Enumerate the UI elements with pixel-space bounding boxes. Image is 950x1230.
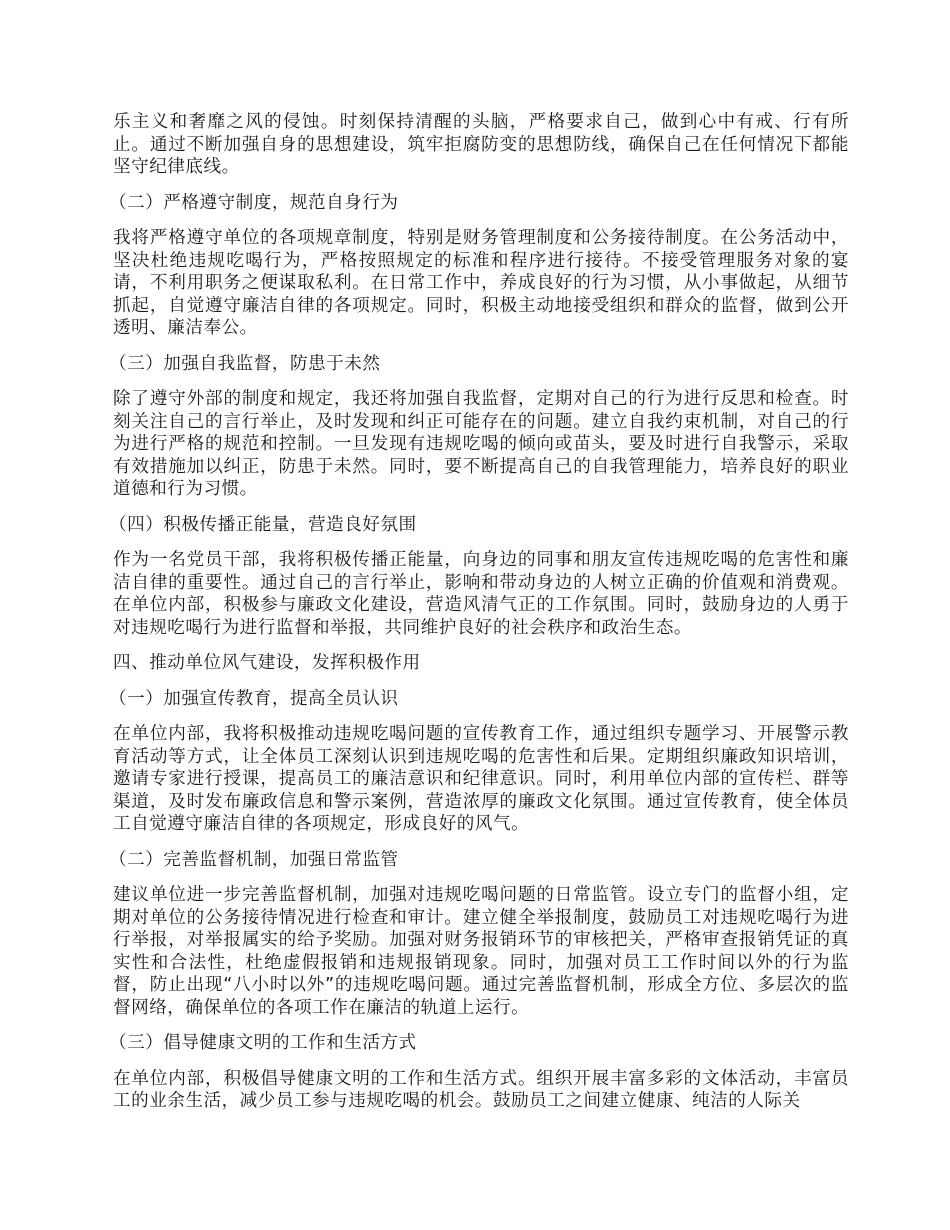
- paragraph-publicity-education: 在单位内部，我将积极推动违规吃喝问题的宣传教育工作，通过组织专题学习、开展警示教…: [113, 723, 849, 836]
- section-heading-unit-culture: 四、推动单位风气建设，发挥积极作用: [113, 652, 849, 675]
- subheading-healthy-lifestyle: （三）倡导健康文明的工作和生活方式: [109, 1032, 849, 1055]
- subheading-positive-energy: （四）积极传播正能量，营造良好氛围: [109, 514, 849, 537]
- subheading-strict-rules: （二）严格遵守制度，规范自身行为: [109, 192, 849, 215]
- paragraph-continuation: 乐主义和奢靡之风的侵蚀。时刻保持清醒的头脑，严格要求自己，做到心中有戒、行有所止…: [113, 111, 849, 179]
- document-page: 乐主义和奢靡之风的侵蚀。时刻保持清醒的头脑，严格要求自己，做到心中有戒、行有所止…: [113, 111, 849, 1126]
- paragraph-positive-energy: 作为一名党员干部，我将积极传播正能量，向身边的同事和朋友宣传违规吃喝的危害性和廉…: [113, 549, 849, 639]
- paragraph-self-supervision: 除了遵守外部的制度和规定，我还将加强自我监督，定期对自己的行为进行反思和检查。时…: [113, 388, 849, 501]
- subheading-publicity-education: （一）加强宣传教育，提高全员认识: [109, 688, 849, 711]
- paragraph-strict-rules: 我将严格遵守单位的各项规章制度，特别是财务管理制度和公务接待制度。在公务活动中，…: [113, 227, 849, 340]
- paragraph-healthy-lifestyle: 在单位内部，积极倡导健康文明的工作和生活方式。组织开展丰富多彩的文体活动，丰富员…: [113, 1068, 849, 1113]
- paragraph-supervision-mechanism: 建议单位进一步完善监督机制，加强对违规吃喝问题的日常监管。设立专门的监督小组，定…: [113, 884, 849, 1019]
- subheading-supervision-mechanism: （二）完善监督机制，加强日常监管: [109, 849, 849, 872]
- subheading-self-supervision: （三）加强自我监督，防患于未然: [109, 353, 849, 376]
